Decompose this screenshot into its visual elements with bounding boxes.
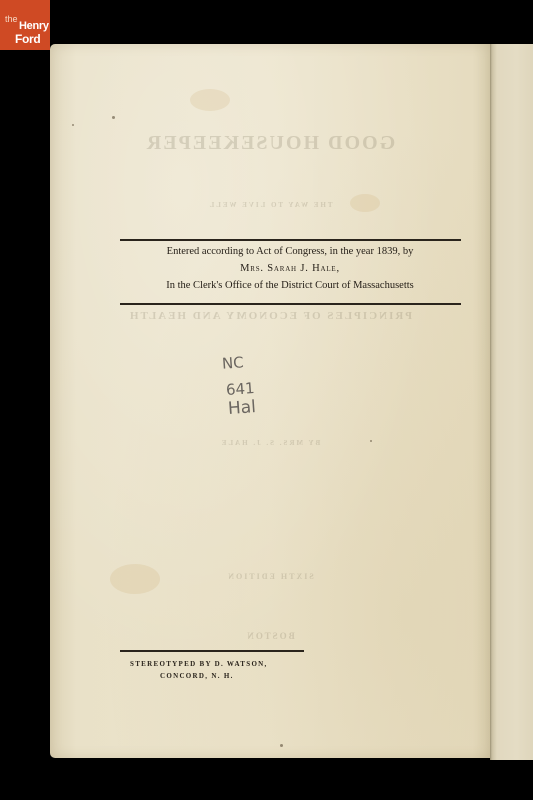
adjacent-page-edge [490, 44, 533, 760]
book-page: GOOD HOUSEKEEPER THE WAY TO LIVE WELL PR… [50, 44, 490, 758]
paper-stain [190, 89, 230, 111]
copyright-line-1: Entered according to Act of Congress, in… [120, 243, 460, 260]
show-through-line-6: BOSTON [50, 631, 490, 641]
handwritten-call-number-nc: NC [222, 355, 245, 371]
logo-text-the: the [5, 15, 18, 24]
show-through-line-3: PRINCIPLES OF ECONOMY AND HEALTH [50, 310, 490, 322]
paper-stain [350, 194, 380, 212]
imprint-line-1: STEREOTYPED BY D. WATSON, [130, 658, 268, 670]
copyright-line-3: In the Clerk's Office of the District Co… [120, 277, 460, 294]
show-through-subtitle: THE WAY TO LIVE WELL [50, 201, 490, 209]
imprint-line-2: CONCORD, N. H. [160, 670, 234, 682]
logo-text-henry: Henry [19, 21, 49, 32]
handwritten-call-number-641: 641 [226, 381, 256, 398]
paper-speck [280, 744, 283, 747]
copyright-notice: Entered according to Act of Congress, in… [120, 243, 460, 294]
imprint-rule [120, 650, 304, 652]
bottom-rule [120, 303, 461, 305]
show-through-line-4: BY MRS. S. J. HALE [50, 439, 490, 447]
handwritten-call-number-hal: Hal [227, 399, 256, 418]
copyright-line-2-author: Mrs. Sarah J. Hale, [120, 260, 460, 277]
paper-speck [112, 116, 115, 119]
logo-text-ford: Ford [15, 33, 40, 45]
paper-stain [110, 564, 160, 594]
show-through-title: GOOD HOUSEKEEPER [50, 132, 490, 155]
top-rule [120, 239, 461, 241]
paper-speck [72, 124, 74, 126]
the-henry-ford-logo[interactable]: the Henry Ford [0, 0, 50, 50]
paper-speck [370, 440, 372, 442]
